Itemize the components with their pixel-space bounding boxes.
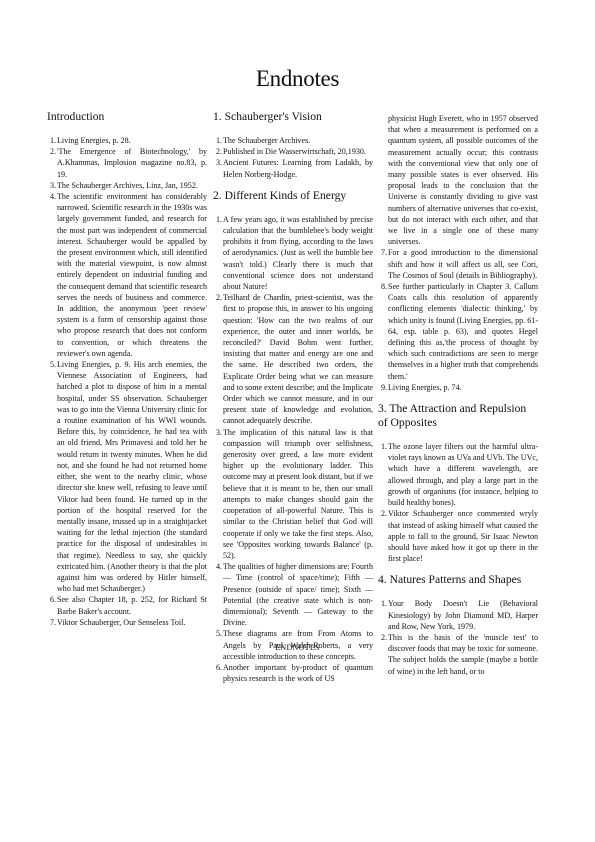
endnote: 2.Teilhard de Chardin, priest-scientist,… <box>213 292 373 426</box>
column-1: Introduction 1.Living Energies, p. 28. 2… <box>47 110 207 628</box>
column-2: 1. Schauberger's Vision 1.The Schauberge… <box>213 110 373 684</box>
opposites-notes: 1.The ozone layer filters out the harmfu… <box>378 441 538 564</box>
section-heading-energy: 2. Different Kinds of Energy <box>213 189 373 203</box>
endnote: 7.For a good introduction to the dimensi… <box>378 247 538 281</box>
section-heading-vision: 1. Schauberger's Vision <box>213 110 373 124</box>
endnote-continued: physicist Hugh Everett, who in 1957 obse… <box>378 113 538 247</box>
endnote: 8.See further particularly in Chapter 3.… <box>378 281 538 382</box>
endnote: 7.Viktor Schauberger, Our Senseless Toil… <box>47 617 207 628</box>
endnote: 2.Viktor Schauberger once commented wryl… <box>378 508 538 564</box>
section-heading-opposites: 3. The Attraction and Repulsion of Oppos… <box>378 402 538 430</box>
endnote: 2.'The Emergence of Biotechnology,' by A… <box>47 146 207 180</box>
endnote: 3.Ancient Futures: Learning from Ladakh,… <box>213 157 373 179</box>
column-3: physicist Hugh Everett, who in 1957 obse… <box>378 113 538 677</box>
endnote: 2.Published in Die Wasserwirtschaft, 20,… <box>213 146 373 157</box>
endnote: 1.The ozone layer filters out the harmfu… <box>378 441 538 508</box>
page-footer: ENDNOTES <box>0 643 595 652</box>
endnote: 1.A few years ago, it was established by… <box>213 214 373 292</box>
energy-notes: 1.A few years ago, it was established by… <box>213 214 373 685</box>
endnote: 6.Another important by-product of quantu… <box>213 662 373 684</box>
endnote: 4.The scientific environment has conside… <box>47 191 207 359</box>
endnote: 9.Living Energies, p. 74. <box>378 382 538 393</box>
section-heading-patterns: 4. Natures Patterns and Shapes <box>378 573 538 587</box>
endnote: 6.See also Chapter 18, p. 252, for Richa… <box>47 594 207 616</box>
patterns-notes: 1.Your Body Doesn't Lie (Behavioral Kine… <box>378 598 538 676</box>
endnote: 1.Your Body Doesn't Lie (Behavioral Kine… <box>378 598 538 632</box>
endnote: 2.This is the basis of the 'muscle test'… <box>378 632 538 677</box>
endnote: 3.The implication of this natural law is… <box>213 427 373 561</box>
endnote: 3.The Schauberger Archives, Linz, Jan, 1… <box>47 180 207 191</box>
page-title: Endnotes <box>0 66 595 92</box>
vision-notes: 1.The Schauberger Archives. 2.Published … <box>213 135 373 180</box>
endnote: 5.Living Energies, p. 9. His arch enemie… <box>47 359 207 594</box>
endnote: 1.The Schauberger Archives. <box>213 135 373 146</box>
energy-notes-continued: physicist Hugh Everett, who in 1957 obse… <box>378 113 538 393</box>
endnote: 4.The qualities of higher dimensions are… <box>213 561 373 628</box>
section-heading-introduction: Introduction <box>47 110 207 124</box>
endnote: 1.Living Energies, p. 28. <box>47 135 207 146</box>
introduction-notes: 1.Living Energies, p. 28. 2.'The Emergen… <box>47 135 207 628</box>
